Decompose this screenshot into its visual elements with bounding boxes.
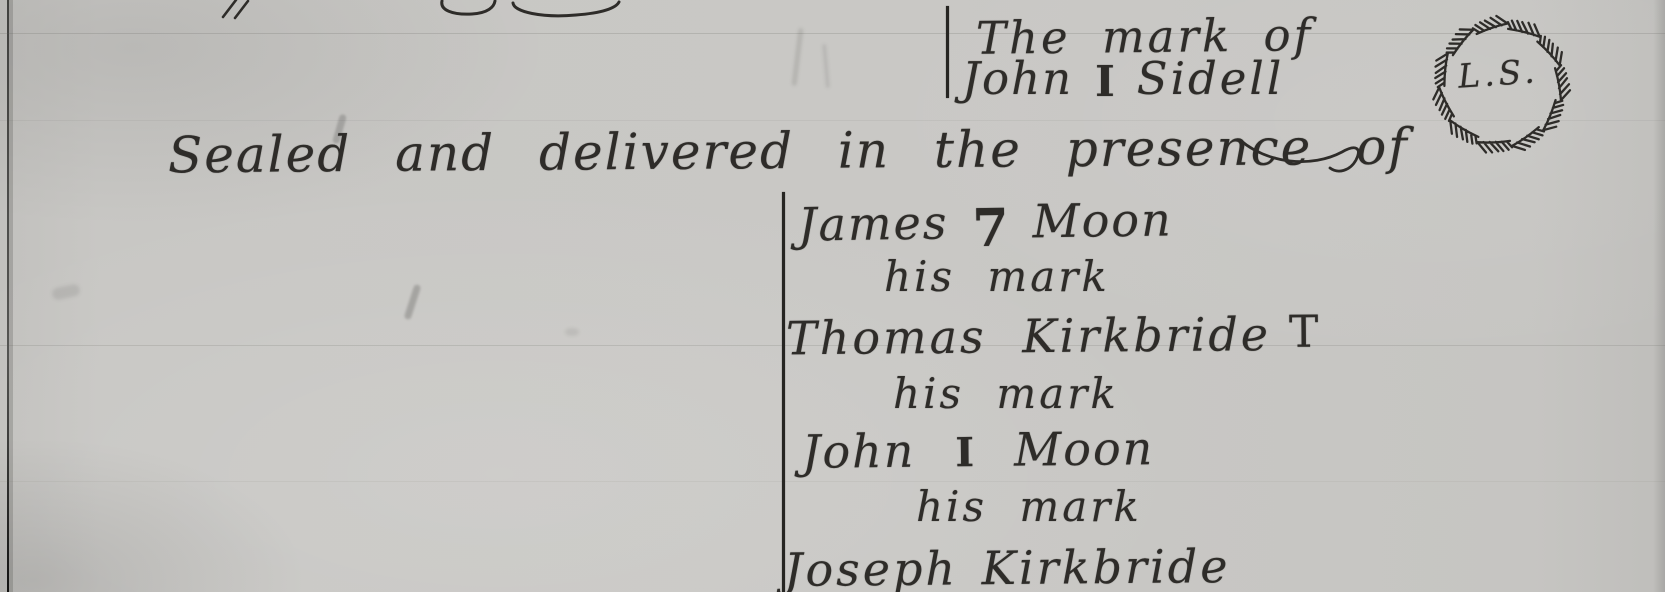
page-left-edge-shade xyxy=(9,0,13,592)
attestation-swash xyxy=(1238,118,1372,182)
grantor-surname: Sidell xyxy=(1137,56,1284,101)
witness-name: Thomas Kirkbride xyxy=(786,311,1271,361)
his-mark-label: his mark xyxy=(916,486,1142,528)
witness-name: Moon xyxy=(1014,425,1155,472)
witness-name: James xyxy=(798,200,949,248)
cutoff-flourish xyxy=(436,0,626,22)
grantor-first-name: John xyxy=(962,56,1073,101)
his-mark-label: his mark xyxy=(893,373,1119,415)
witness-row: Thomas Kirkbride T xyxy=(786,311,1319,363)
smudge xyxy=(791,28,803,86)
cutoff-stroke-slashes xyxy=(220,0,256,20)
witness-name: Moon xyxy=(1032,196,1173,244)
smudge xyxy=(565,328,579,336)
grantor-mark-glyph: I xyxy=(1095,61,1115,103)
ruled-line xyxy=(0,481,1665,482)
witness-brace-line xyxy=(782,192,785,592)
grantor-brace-line xyxy=(946,6,949,98)
attestation-line: Sealed and delivered in the presence of xyxy=(168,122,1409,181)
witness-mark-glyph: I xyxy=(955,433,974,473)
smudge xyxy=(51,283,81,301)
witness-name: John xyxy=(802,428,916,475)
witness-mark-glyph: 7 xyxy=(972,203,1009,256)
witness-row: Joseph Kirkbride xyxy=(784,543,1231,592)
witness-row: John I Moon xyxy=(802,425,1155,475)
witness-row: James 7 Moon xyxy=(798,192,1173,249)
seal-wreath-icon: L.S. xyxy=(1424,8,1578,162)
page-right-edge-shade xyxy=(1653,0,1665,592)
his-mark-label: his mark xyxy=(884,256,1110,298)
seal-label: L.S. xyxy=(1457,51,1540,96)
smudge xyxy=(822,44,830,88)
document-scan: The mark of John I Sidell L.S. Sealed an… xyxy=(0,0,1665,592)
grantor-name-line: John I Sidell xyxy=(962,56,1284,101)
ruled-line xyxy=(0,33,1665,34)
witness-mark-glyph: T xyxy=(1289,311,1319,355)
smudge xyxy=(404,284,422,320)
